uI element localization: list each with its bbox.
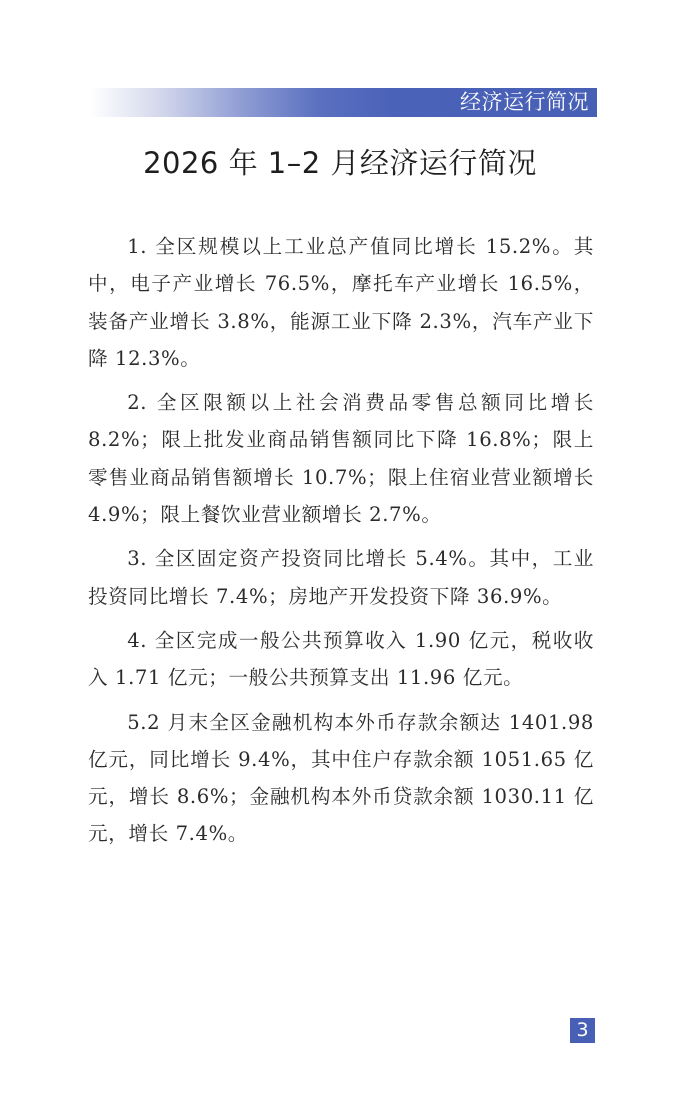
paragraph-industry: 1. 全区规模以上工业总产值同比增长 15.2%。其中，电子产业增长 76.5%… bbox=[88, 228, 594, 377]
paragraph-investment: 3. 全区固定资产投资同比增长 5.4%。其中，工业投资同比增长 7.4%；房地… bbox=[88, 540, 594, 615]
document-body: 1. 全区规模以上工业总产值同比增长 15.2%。其中，电子产业增长 76.5%… bbox=[88, 228, 594, 860]
section-title: 经济运行简况 bbox=[460, 89, 589, 116]
paragraph-fiscal: 4. 全区完成一般公共预算收入 1.90 亿元，税收收入 1.71 亿元；一般公… bbox=[88, 622, 594, 697]
page-number-badge: 3 bbox=[570, 1018, 595, 1043]
paragraph-finance: 5.2 月末全区金融机构本外币存款余额达 1401.98 亿元，同比增长 9.4… bbox=[88, 704, 594, 853]
paragraph-retail: 2. 全区限额以上社会消费品零售总额同比增长 8.2%；限上批发业商品销售额同比… bbox=[88, 384, 594, 533]
page-title: 2026 年 1–2 月经济运行简况 bbox=[0, 143, 680, 183]
section-header-bar: 经济运行简况 bbox=[90, 88, 597, 117]
